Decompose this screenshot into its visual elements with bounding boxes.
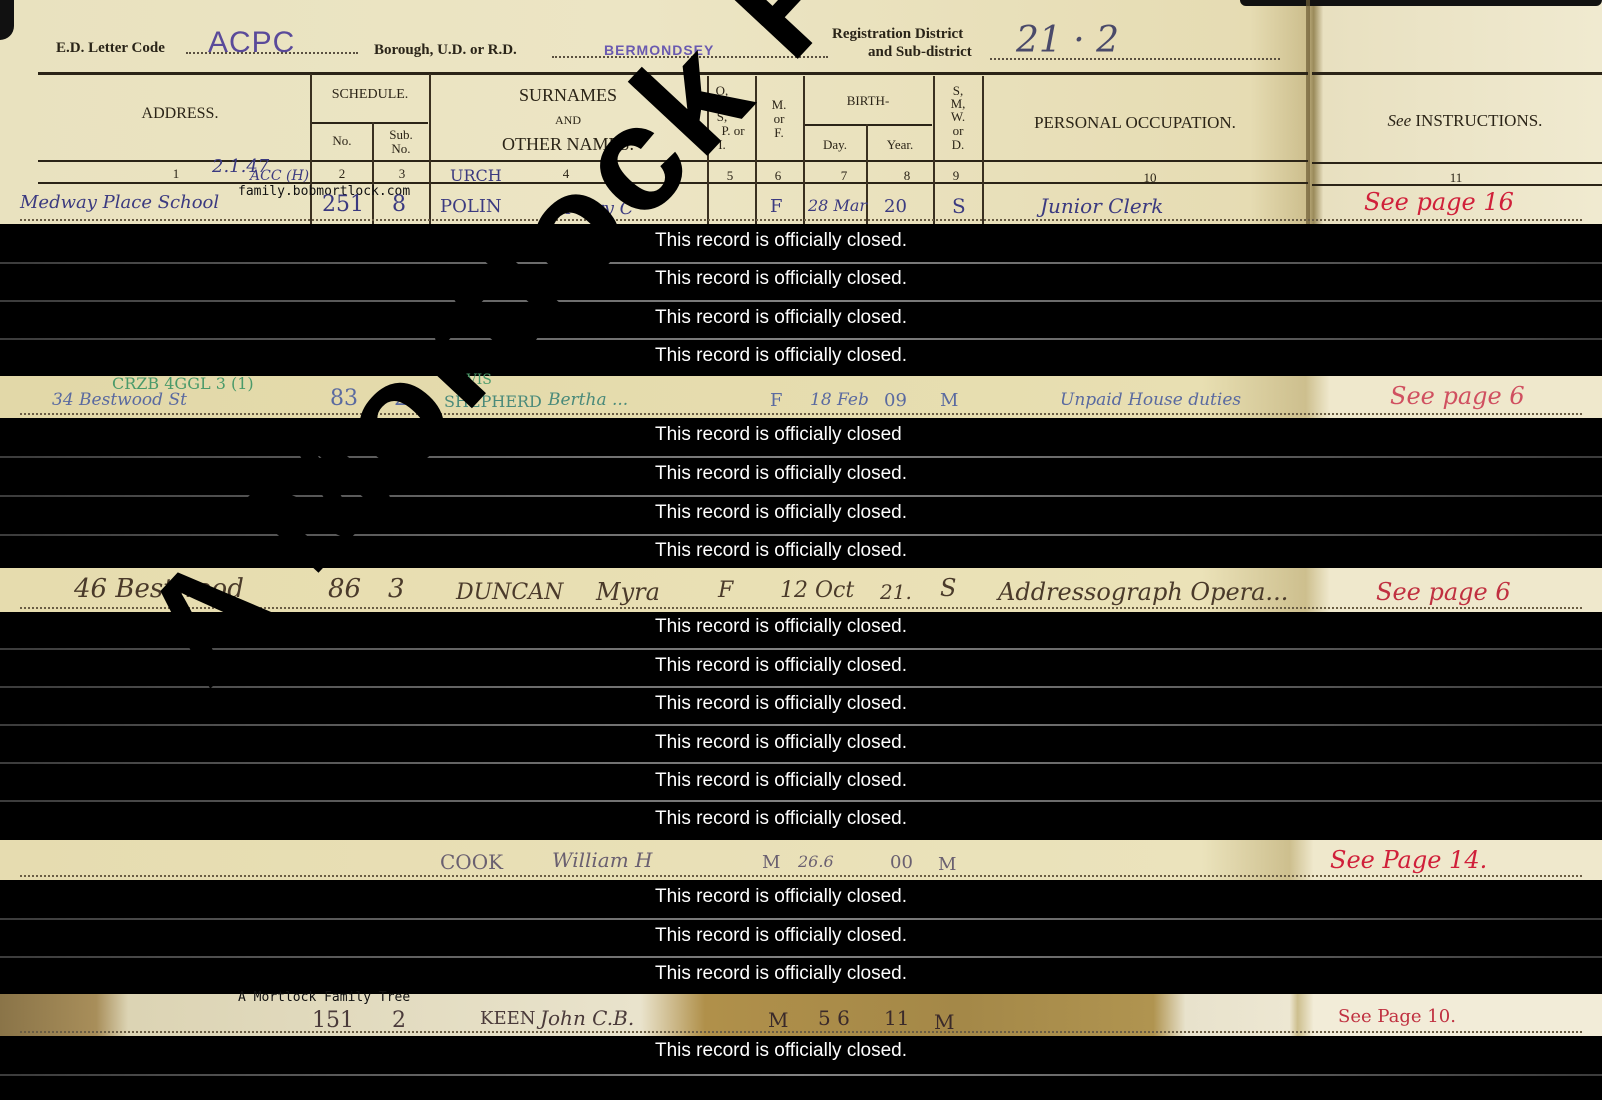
closed-record-message: This record is officially closed. — [655, 808, 907, 830]
record-row-3: 46 Bestwood 86 3 DUNCAN Myra F 12 Oct 21… — [0, 568, 1602, 612]
closed-record-message: This record is officially closed. — [655, 770, 907, 792]
closed-record-message: This record is officially closed. — [655, 693, 907, 715]
closed-record-message: This record is officially closed. — [655, 502, 907, 524]
col-header-address: ADDRESS. — [110, 106, 250, 123]
band-divider — [0, 762, 1602, 764]
band-divider — [0, 495, 1602, 497]
record-surname: COOK — [440, 850, 503, 874]
colnum-5: 5 — [720, 168, 740, 184]
registration-value: 21 · 2 — [1016, 20, 1119, 61]
closed-record-message: This record is officially closed. — [655, 616, 907, 638]
record-other-names: Myra — [596, 578, 660, 606]
record-surname: KEEN — [480, 1008, 535, 1029]
watermark-footer: A Mortlock Family Tree — [238, 990, 410, 1005]
colnum-bottom-rule — [38, 182, 1308, 184]
colnum-7: 7 — [834, 168, 854, 184]
record-birth-year: 21. — [880, 580, 912, 604]
closed-record-message: This record is officially closed. — [655, 655, 907, 677]
record-status: S — [940, 574, 956, 602]
closed-record-message: This record is officially closed. — [655, 268, 907, 290]
registration-label-1: Registration District — [832, 26, 963, 43]
record-row-2: CRZB 4GGL 3 (1) 34 Bestwood St 83 2 DAVI… — [0, 376, 1602, 418]
band-divider — [0, 1074, 1602, 1076]
record-birth-day: 26.6 — [798, 852, 834, 871]
record-sub-no: 2 — [392, 1008, 406, 1033]
col-header-smwd-3: W. — [934, 110, 982, 124]
col-header-occupation: PERSONAL OCCUPATION. — [985, 114, 1285, 132]
record-address: 46 Bestwood — [74, 574, 244, 604]
band-divider — [0, 534, 1602, 536]
birth-sub-rule — [804, 124, 932, 126]
record-surname: POLIN — [440, 196, 502, 217]
record-address: 34 Bestwood St — [52, 390, 187, 410]
record-sub-no: 2 — [394, 386, 408, 411]
page-corner-shadow — [0, 0, 14, 40]
band-divider — [0, 918, 1602, 920]
record-row-4: COOK William H M 26.6 00 M See Page 14. — [0, 840, 1602, 880]
record-other-names: Mary C — [566, 198, 633, 219]
record-instructions: See Page 14. — [1330, 846, 1487, 874]
closed-record-message: This record is officially closed — [655, 424, 902, 446]
dotted-line — [20, 607, 1582, 609]
col-header-mf-1: M. — [756, 98, 802, 112]
colnum-2: 2 — [332, 166, 352, 182]
band-divider — [0, 956, 1602, 958]
record-instructions: See Page 10. — [1338, 1006, 1456, 1027]
col-header-instructions: See INSTRUCTIONS. — [1330, 112, 1600, 130]
closed-record-message: This record is officially closed. — [655, 732, 907, 754]
dotted-line — [20, 875, 1582, 877]
record-status: S — [952, 194, 966, 218]
col-header-other-names: OTHER NAMES. — [430, 135, 706, 154]
census-page: E.D. Letter Code ACPC Borough, U.D. or R… — [0, 0, 1602, 1100]
record-schedule-no: 86 — [328, 574, 361, 604]
record-birth-day: 5 6 — [818, 1006, 850, 1030]
record-sub-no: 8 — [392, 192, 406, 217]
band-divider — [0, 338, 1602, 340]
closed-record-message: This record is officially closed. — [655, 1040, 907, 1062]
record-status: M — [934, 1010, 954, 1034]
closed-band-group-1: This record is officially closed. This r… — [0, 224, 1602, 376]
closed-record-message: This record is officially closed. — [655, 963, 907, 985]
band-divider — [0, 800, 1602, 802]
closed-record-message: This record is officially closed. — [655, 886, 907, 908]
schedule-sub-rule — [310, 122, 428, 124]
registration-label-2: and Sub-district — [868, 44, 972, 61]
record-birth-day: 12 Oct — [780, 578, 854, 603]
col-header-mf-2: or — [756, 112, 802, 126]
table-top-rule-right — [1312, 72, 1602, 75]
record-mf: M — [768, 1008, 788, 1032]
record-schedule-no: 83 — [330, 386, 358, 411]
record-instructions: See page 6 — [1390, 382, 1525, 410]
record-overwrite-surname: DAVIS — [446, 372, 492, 388]
col-header-year: Year. — [867, 138, 933, 152]
record-instructions: See page 6 — [1376, 578, 1511, 606]
band-divider — [0, 724, 1602, 726]
record-occupation: Addressograph Opera... — [998, 578, 1288, 606]
col-header-and: AND — [430, 114, 706, 127]
colnum-8: 8 — [897, 168, 917, 184]
band-divider — [0, 648, 1602, 650]
closed-record-message: This record is officially closed. — [655, 307, 907, 329]
dotted-line — [20, 413, 1582, 415]
record-address: Medway Place School — [20, 192, 219, 213]
record-birth-year: 20 — [884, 196, 907, 217]
record-mf: F — [770, 390, 783, 411]
closed-record-message: This record is officially closed. — [655, 540, 907, 562]
col-header-ovspi-5: I. — [708, 138, 736, 152]
col-header-sub: Sub. — [374, 128, 428, 142]
band-divider — [0, 686, 1602, 688]
colnum-4: 4 — [556, 166, 576, 182]
band-divider — [0, 300, 1602, 302]
record-row-1: Medway Place School 251 8 POLIN Mary C F… — [0, 186, 1602, 224]
colnum-11: 11 — [1446, 170, 1466, 186]
record-row-5: A Mortlock Family Tree 151 2 KEEN John C… — [0, 994, 1602, 1036]
closed-band-group-4: This record is officially closed. This r… — [0, 880, 1602, 994]
closed-band-group-3: This record is officially closed. This r… — [0, 612, 1602, 840]
closed-record-message: This record is officially closed. — [655, 925, 907, 947]
col-header-ovspi-4: P. or — [710, 124, 756, 138]
table-top-rule — [38, 72, 1308, 75]
closed-record-message: This record is officially closed. — [655, 230, 907, 252]
colnum-10: 10 — [1140, 170, 1160, 186]
record-birth-day: 18 Feb — [810, 390, 869, 410]
record-birth-year: 00 — [890, 852, 913, 873]
record-surname: DUNCAN — [456, 580, 563, 605]
col-header-smwd-5: D. — [934, 138, 982, 152]
record-other-names: William H — [552, 848, 652, 872]
ed-letter-code-value: ACPC — [208, 26, 295, 60]
col-header-smwd-4: or — [934, 124, 982, 138]
record-mf: M — [762, 852, 780, 873]
band-divider — [0, 262, 1602, 264]
record-birth-year: 11 — [884, 1006, 909, 1030]
record-schedule-no: 251 — [322, 192, 364, 217]
ed-letter-code-label: E.D. Letter Code — [56, 40, 165, 57]
record-other-names: Bertha ... — [548, 390, 628, 410]
colnum-6: 6 — [768, 168, 788, 184]
record-status: M — [940, 390, 958, 411]
colnum-9: 9 — [946, 168, 966, 184]
record-birth-year: 09 — [884, 390, 907, 411]
closed-band-group-5: This record is officially closed. — [0, 1036, 1602, 1100]
colnum-3: 3 — [392, 166, 412, 182]
col-header-birth: BIRTH- — [804, 94, 932, 108]
borough-value: BERMONDSEY — [604, 42, 714, 58]
colnum-1: 1 — [166, 166, 186, 182]
record-schedule-no: 151 — [312, 1008, 354, 1033]
col-header-sched-no: No. — [312, 134, 372, 148]
top-edge-shadow — [1240, 0, 1602, 6]
record-birth-day: 28 Mar — [808, 196, 867, 215]
record-occupation: Junior Clerk — [1040, 194, 1163, 218]
col-header-instructions-text: INSTRUCTIONS. — [1415, 111, 1542, 130]
annotation-acc: ACC (H) — [250, 168, 309, 184]
record-other-names: John C.B. — [540, 1006, 634, 1030]
record-instructions: See page 16 — [1364, 188, 1514, 216]
header-bottom-rule-right — [1312, 162, 1602, 164]
col-header-mf-3: F. — [756, 126, 802, 140]
annotation-urch: URCH — [450, 166, 502, 185]
closed-record-message: This record is officially closed. — [655, 345, 907, 367]
record-surname: SHEPHERD — [444, 392, 542, 411]
col-header-sub-no: No. — [374, 142, 428, 156]
borough-label: Borough, U.D. or R.D. — [374, 42, 517, 59]
dotted-line — [20, 1031, 1582, 1033]
dotted-line — [20, 219, 1582, 221]
col-header-see: See — [1388, 111, 1412, 130]
record-mf: F — [770, 196, 783, 217]
col-header-day: Day. — [804, 138, 866, 152]
col-header-ovspi-3: S, — [708, 110, 736, 124]
band-divider — [0, 456, 1602, 458]
closed-band-group-2: This record is officially closed This re… — [0, 418, 1602, 568]
record-status: M — [938, 854, 956, 875]
col-header-surnames: SURNAMES — [430, 86, 706, 105]
col-header-schedule: SCHEDULE. — [312, 88, 428, 103]
closed-record-message: This record is officially closed. — [655, 463, 907, 485]
record-sub-no: 3 — [388, 574, 405, 604]
record-mf: F — [718, 578, 733, 603]
record-occupation: Unpaid House duties — [1060, 390, 1241, 410]
